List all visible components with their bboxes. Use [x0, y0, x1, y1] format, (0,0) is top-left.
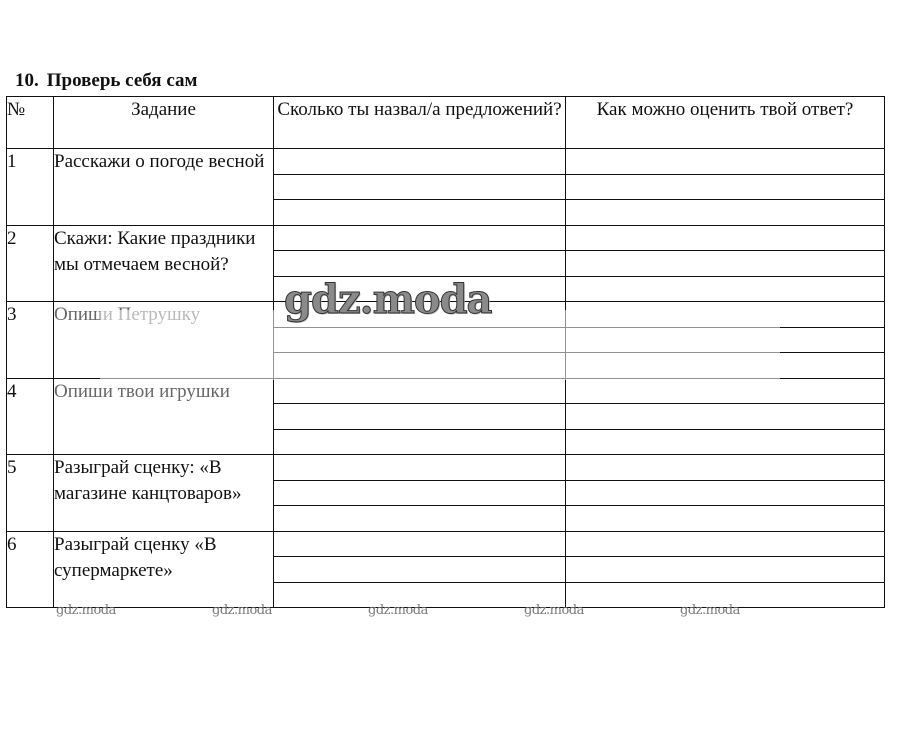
watermark-main: gdz.moda — [284, 276, 491, 323]
exercise-number: 10. — [15, 70, 39, 91]
self-rating-cell[interactable] — [566, 225, 885, 251]
task-text: Расскажи о погоде весной — [54, 149, 274, 226]
header-self-rating: Как можно оценить твой ответ? — [566, 97, 885, 149]
task-number: 5 — [7, 455, 54, 532]
self-rating-cell[interactable] — [566, 378, 885, 404]
sentence-count-cell[interactable] — [274, 149, 566, 175]
sentence-count-cell[interactable] — [274, 327, 566, 353]
table-row: 4Опиши твои игрушки — [7, 378, 885, 404]
table-header-row: № Задание Сколько ты назвал/а предложени… — [7, 97, 885, 149]
self-rating-cell[interactable] — [566, 404, 885, 430]
self-rating-cell[interactable] — [566, 302, 885, 328]
sentence-count-cell[interactable] — [274, 251, 566, 277]
self-rating-cell[interactable] — [566, 174, 885, 200]
watermark-footer-text: gdz.moda — [368, 603, 428, 618]
task-number: 1 — [7, 149, 54, 226]
sentence-count-cell[interactable] — [274, 531, 566, 557]
self-rating-cell[interactable] — [566, 200, 885, 226]
task-number: 3 — [7, 302, 54, 379]
table-row: 1Расскажи о погоде весной — [7, 149, 885, 175]
self-rating-cell[interactable] — [566, 506, 885, 532]
sentence-count-cell[interactable] — [274, 429, 566, 455]
table-row: 2Скажи: Какие праздники мы отмечаем весн… — [7, 225, 885, 251]
sentence-count-cell[interactable] — [274, 225, 566, 251]
self-rating-cell[interactable] — [566, 531, 885, 557]
watermark-footer-text: gdz.moda — [56, 603, 116, 618]
sentence-count-cell[interactable] — [274, 200, 566, 226]
self-rating-cell[interactable] — [566, 455, 885, 481]
task-number: 2 — [7, 225, 54, 302]
task-text: Разыграй сценку «В супермаркете» — [54, 531, 274, 608]
task-text: Разыграй сценку: «В магазине канцтоваров… — [54, 455, 274, 532]
header-number: № — [7, 97, 54, 149]
sentence-count-cell[interactable] — [274, 378, 566, 404]
self-rating-cell[interactable] — [566, 251, 885, 277]
task-number: 4 — [7, 378, 54, 455]
table-row: 6Разыграй сценку «В супермаркете» — [7, 531, 885, 557]
exercise-title: Проверь себя сам — [47, 70, 198, 91]
self-rating-cell[interactable] — [566, 480, 885, 506]
task-number: 6 — [7, 531, 54, 608]
sentence-count-cell[interactable] — [274, 455, 566, 481]
self-check-table: № Задание Сколько ты назвал/а предложени… — [6, 96, 885, 608]
self-rating-cell[interactable] — [566, 557, 885, 583]
task-text: Скажи: Какие праздники мы отмечаем весно… — [54, 225, 274, 302]
sentence-count-cell[interactable] — [274, 353, 566, 379]
self-rating-cell[interactable] — [566, 327, 885, 353]
sentence-count-cell[interactable] — [274, 506, 566, 532]
sentence-count-cell[interactable] — [274, 557, 566, 583]
sentence-count-cell[interactable] — [274, 404, 566, 430]
self-rating-cell[interactable] — [566, 429, 885, 455]
exercise-heading: 10.Проверь себя сам — [15, 70, 197, 92]
watermark-footer-text: gdz.moda — [680, 603, 740, 618]
header-task: Задание — [54, 97, 274, 149]
sentence-count-cell[interactable] — [274, 480, 566, 506]
watermark-footer-text: gdz.moda — [524, 603, 584, 618]
sentence-count-cell[interactable] — [274, 174, 566, 200]
header-sentence-count: Сколько ты назвал/а предложений? — [274, 97, 566, 149]
watermark-footer-text: gdz.moda — [212, 603, 272, 618]
task-text: Опиши твои игрушки — [54, 378, 274, 455]
table-body: 1Расскажи о погоде весной2Скажи: Какие п… — [7, 149, 885, 608]
self-rating-cell[interactable] — [566, 276, 885, 302]
task-text: Опиши Петрушку — [54, 302, 274, 379]
table-row: 5Разыграй сценку: «В магазине канцтоваро… — [7, 455, 885, 481]
self-rating-cell[interactable] — [566, 149, 885, 175]
self-rating-cell[interactable] — [566, 353, 885, 379]
